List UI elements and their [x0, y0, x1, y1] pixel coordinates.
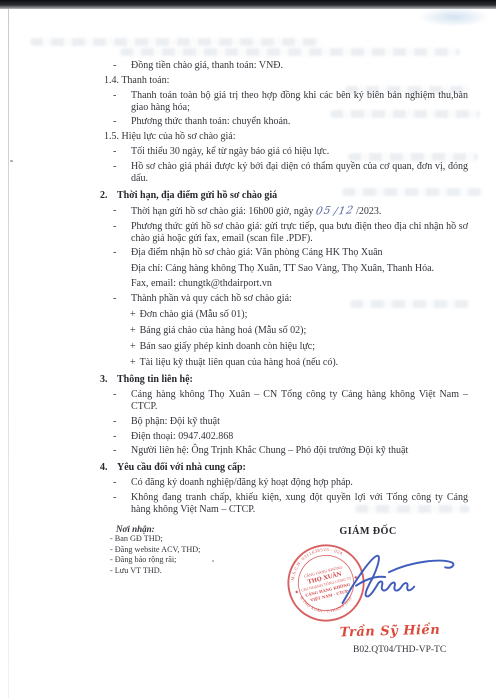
- section-number: 4.: [100, 462, 117, 474]
- doc-line: -Phương thức thanh toán: chuyển khoản.: [100, 116, 468, 128]
- section-number: 3.: [100, 374, 117, 386]
- list-marker: -: [113, 445, 116, 457]
- recipient-line: - Ban GĐ THD;: [110, 534, 200, 544]
- section-title: Thời hạn, địa điểm gửi hồ sơ chào giá: [117, 190, 277, 201]
- doc-line-text: Fax, email: chungtk@thdairport.vn: [131, 278, 272, 289]
- list-marker: -: [113, 247, 116, 259]
- doc-line: Fax, email: chungtk@thdairport.vn: [100, 278, 468, 290]
- doc-line: 1.4. Thanh toán:: [100, 75, 468, 87]
- doc-line: +Bảng giá chào của hàng hoá (Mẫu số 02);: [100, 325, 468, 337]
- ink-bleedthrough: [30, 38, 320, 46]
- doc-line-text: Đơn chào giá (Mẫu số 01);: [140, 309, 248, 320]
- doc-line-text: Phương thức thanh toán: chuyển khoản.: [131, 116, 290, 127]
- list-marker: -: [113, 161, 116, 173]
- doc-line: -Người liên hệ: Ông Trịnh Khắc Chung – P…: [100, 445, 468, 457]
- section-number: 2.: [100, 190, 117, 202]
- list-marker: -: [113, 477, 116, 489]
- doc-line: +Tài liệu kỹ thuật liên quan của hàng ho…: [100, 357, 468, 369]
- handwritten-date: /12: [333, 204, 355, 218]
- doc-line-text: Tối thiểu 30 ngày, kể từ ngày báo giá có…: [131, 146, 329, 157]
- doc-line: +Đơn chào giá (Mẫu số 01);: [100, 309, 468, 321]
- doc-line: Địa chỉ: Cảng hàng không Thọ Xuân, TT Sa…: [100, 263, 468, 275]
- form-code: B02.QT04/THD-VP-TC: [353, 645, 446, 655]
- section-heading: 2.Thời hạn, địa điểm gửi hồ sơ chào giá: [100, 190, 468, 202]
- doc-line-text: Thành phần và quy cách hồ sơ chào giá:: [131, 293, 292, 304]
- doc-line-text: Đồng tiền chào giá, thanh toán: VNĐ.: [131, 60, 283, 71]
- signer-name: Trần Sỹ Hiền: [334, 623, 446, 641]
- doc-line: -Thành phần và quy cách hồ sơ chào giá:: [100, 293, 468, 305]
- doc-line-text: Có đăng ký doanh nghiệp/đăng ký hoạt độn…: [131, 477, 353, 488]
- doc-line-text: Thời hạn gửi hồ sơ chào giá: 16h00 giờ, …: [131, 206, 381, 217]
- section-title: Thông tin liên hệ:: [117, 374, 193, 385]
- doc-line: -Điện thoại: 0947.402.868: [100, 431, 468, 443]
- list-marker: -: [113, 116, 116, 128]
- document-body: -Đồng tiền chào giá, thanh toán: VNĐ.1.4…: [0, 57, 496, 516]
- doc-line: 1.5. Hiệu lực của hồ sơ chào giá:: [100, 131, 468, 143]
- signer-title: GIÁM ĐỐC: [322, 526, 414, 537]
- recipients-list: - Ban GĐ THD;- Đăng website ACV, THD;- Đ…: [110, 534, 200, 576]
- doc-line-text: Địa điểm nhận hồ sơ chào giá: Văn phòng …: [131, 247, 383, 258]
- doc-line: -Thời hạn gửi hồ sơ chào giá: 16h00 giờ,…: [100, 205, 468, 218]
- list-marker: -: [113, 60, 116, 72]
- doc-line: -Không đang tranh chấp, khiếu kiện, xung…: [100, 492, 468, 516]
- doc-line-text: Người liên hệ: Ông Trịnh Khắc Chung – Ph…: [131, 445, 408, 456]
- doc-line-text: /2023.: [354, 206, 382, 217]
- list-marker: -: [113, 389, 116, 401]
- scanned-document-page: -Đồng tiền chào giá, thanh toán: VNĐ.1.4…: [0, 0, 496, 698]
- scan-speck: [212, 560, 214, 562]
- list-marker: -: [113, 431, 116, 443]
- doc-line: -Hồ sơ chào giá phải được ký bởi đại diệ…: [100, 161, 468, 185]
- list-marker: +: [130, 357, 136, 368]
- doc-line-text: Bản sao giấy phép kinh doanh còn hiệu lự…: [140, 341, 315, 352]
- doc-line-text: Thanh toán toàn bộ giá trị theo hợp đồng…: [131, 90, 468, 113]
- doc-line: -Tối thiểu 30 ngày, kể từ ngày báo giá c…: [100, 146, 468, 158]
- doc-line-text: Hồ sơ chào giá phải được ký bởi đại diện…: [131, 161, 468, 184]
- list-marker: -: [113, 221, 116, 233]
- doc-line-text: Thời hạn gửi hồ sơ chào giá: 16h00 giờ, …: [131, 206, 316, 217]
- list-marker: -: [113, 146, 116, 158]
- doc-line-text: 1.4. Thanh toán:: [104, 75, 169, 86]
- doc-line: -Có đăng ký doanh nghiệp/đăng ký hoạt độ…: [100, 477, 468, 489]
- list-marker: -: [113, 416, 116, 428]
- list-marker: +: [130, 341, 136, 352]
- doc-line-text: Tài liệu kỹ thuật liên quan của hàng hoá…: [140, 357, 339, 368]
- list-marker: -: [113, 205, 116, 217]
- doc-line-text: Bộ phận: Đội kỹ thuật: [131, 416, 220, 427]
- section-title: Yêu cầu đối với nhà cung cấp:: [117, 462, 246, 473]
- recipients-block: Nơi nhận: - Ban GĐ THD;- Đăng website AC…: [110, 524, 200, 576]
- doc-line: -Đồng tiền chào giá, thanh toán: VNĐ.: [100, 60, 468, 72]
- recipient-line: - Đăng báo rộng rãi;: [110, 555, 200, 565]
- recipient-line: - Đăng website ACV, THD;: [110, 545, 200, 555]
- list-marker: -: [113, 90, 116, 102]
- section-heading: 3.Thông tin liên hệ:: [100, 374, 468, 386]
- doc-line-text: Không đang tranh chấp, khiếu kiện, xung …: [131, 492, 468, 515]
- list-marker: -: [113, 492, 116, 504]
- list-marker: +: [130, 309, 136, 320]
- recipients-title: Nơi nhận:: [110, 524, 200, 534]
- doc-line: -Thanh toán toàn bộ giá trị theo hợp đồn…: [100, 90, 468, 114]
- list-marker: -: [113, 293, 116, 305]
- doc-line-text: Địa chỉ: Cảng hàng không Thọ Xuân, TT Sa…: [131, 263, 434, 274]
- doc-line-text: Điện thoại: 0947.402.868: [131, 431, 233, 442]
- doc-line: -Cảng hàng không Thọ Xuân – CN Tổng công…: [100, 389, 468, 413]
- doc-line-text: Bảng giá chào của hàng hoá (Mẫu số 02);: [140, 325, 307, 336]
- doc-line-text: 1.5. Hiệu lực của hồ sơ chào giá:: [104, 131, 236, 142]
- section-heading: 4.Yêu cầu đối với nhà cung cấp:: [100, 462, 468, 474]
- doc-line-text: Cảng hàng không Thọ Xuân – CN Tổng công …: [131, 389, 468, 412]
- signature-ink: [320, 547, 458, 607]
- doc-line: -Phương thức gửi hồ sơ chào giá: gửi trự…: [100, 221, 468, 245]
- recipient-line: - Lưu VT THD.: [110, 566, 200, 576]
- handwritten-date: 05: [315, 204, 333, 217]
- doc-line: -Bộ phận: Đội kỹ thuật: [100, 416, 468, 428]
- ink-bleedthrough: [120, 48, 460, 56]
- doc-line: -Địa điểm nhận hồ sơ chào giá: Văn phòng…: [100, 247, 468, 259]
- doc-line-text: Phương thức gửi hồ sơ chào giá: gửi trực…: [131, 221, 468, 244]
- list-marker: +: [130, 325, 136, 336]
- doc-line: +Bản sao giấy phép kinh doanh còn hiệu l…: [100, 341, 468, 353]
- scan-smudge: [418, 7, 490, 27]
